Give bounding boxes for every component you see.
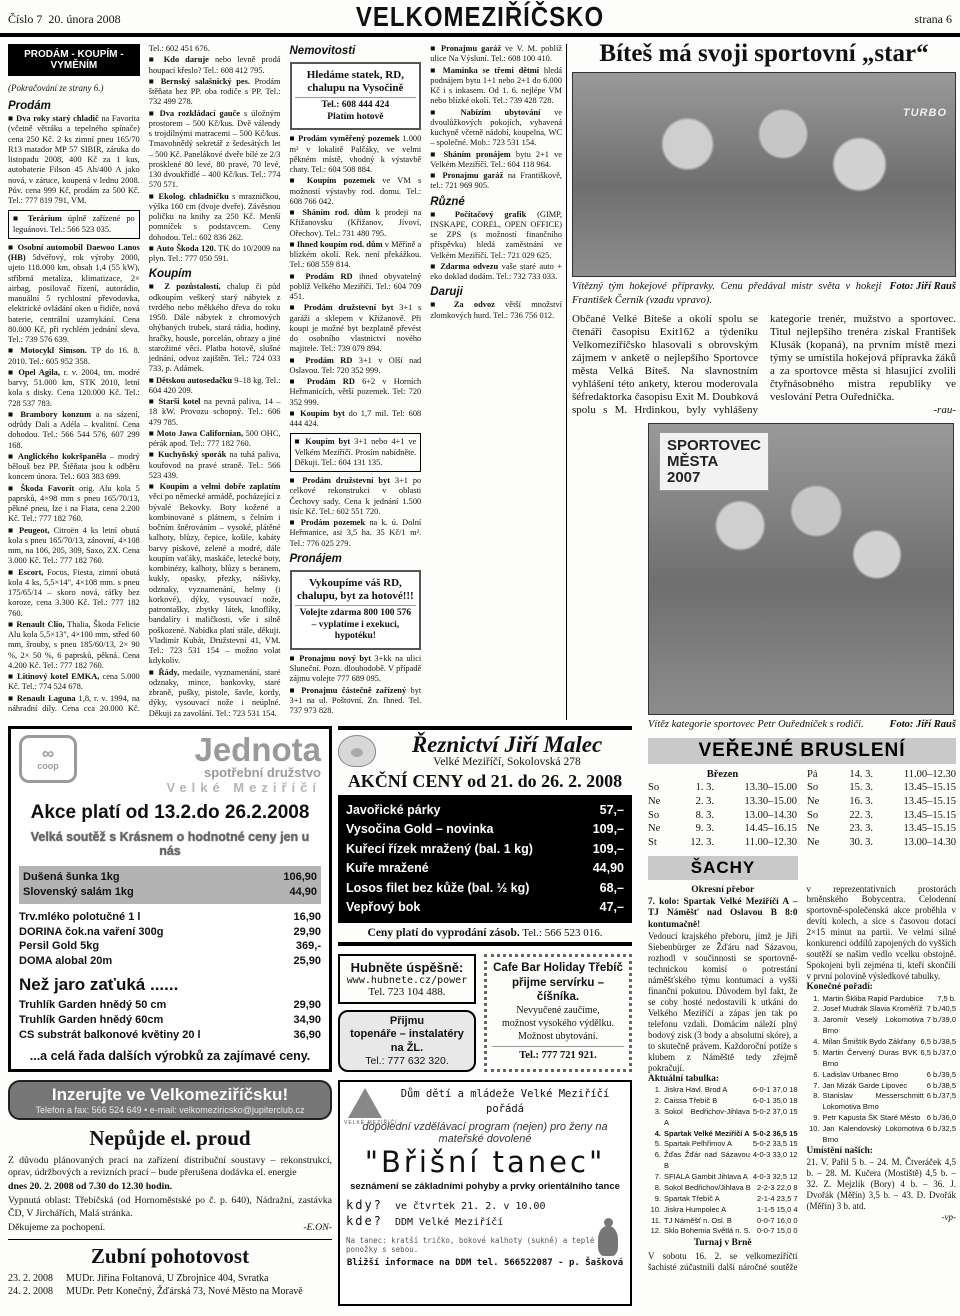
- classified-ad: ■ Prodám družstevní byt 3+1 s garáží a s…: [290, 303, 422, 354]
- chess-score: 7 b./40,5: [927, 1004, 956, 1015]
- chess-table-row: 2.Caissa Třebíč B6-0-1 35,0 18: [648, 1096, 798, 1107]
- ddm-logo-icon: [348, 1088, 382, 1118]
- classified-ad-lead: ■ Ekolog. chladničku: [149, 192, 229, 201]
- classified-ad-lead: Hledáme statek, RD, chalupu na Vysočině: [295, 69, 417, 94]
- butcher-footer-bold: Ceny platí do vyprodání zásob.: [368, 927, 520, 939]
- classified-ad-lead: ■ Sháním rod. dům: [290, 208, 371, 217]
- chess-team: Spartak Třebíč A: [664, 1194, 754, 1205]
- chess-final-rank: 4.: [807, 1037, 820, 1048]
- jednota-item-row: Trv.mléko polotučné 1 l16,90: [19, 910, 321, 925]
- chess-rank: 11.: [648, 1216, 661, 1227]
- chess-rank: 1.: [648, 1085, 661, 1096]
- classified-ad: ■ Terárium úplně zařízené po leguánovi. …: [8, 210, 140, 239]
- classified-ad: ■ Prodám RD 3+1 v Olší nad Oslavou. Tel:…: [290, 356, 422, 377]
- product-price: 29,90: [293, 998, 321, 1013]
- classified-ad-lead: ■ Ihned koupím rod. dům: [290, 240, 383, 249]
- cafe-line4: možnost vysokého výdělku.: [492, 1017, 624, 1030]
- product-price: 44,90: [593, 859, 624, 878]
- dental-date: 23. 2. 2008: [8, 1272, 66, 1285]
- cafe-line3: Nevyučené zaučíme,: [492, 1004, 624, 1017]
- classified-ad: ■ Koupím byt 3+1 nebo 4+1 ve Velkém Mezi…: [290, 433, 422, 472]
- chess-team: SFIALA Gambit Jihlava A: [664, 1172, 750, 1183]
- chess-team: Sokol Bedřichov/Jihlava B: [664, 1183, 754, 1194]
- product-name: DOMA alobal 20m: [19, 954, 293, 969]
- skating-date: 8. 3.: [670, 809, 714, 823]
- jednota-featured-row: Dušená šunka 1kg106,90: [23, 870, 317, 885]
- dental-list: 23. 2. 2008MUDr. Jiřina Foltanová, U Zbr…: [8, 1272, 332, 1298]
- skating-day: So: [648, 809, 670, 823]
- dance-when: kdy? ve čtvrtek 21. 2. v 10.00: [346, 1198, 624, 1212]
- chess-table-row: 10.Jiskra Humpolec A1-1-5 15,0 4: [648, 1205, 798, 1216]
- skating-date: 16. 3.: [829, 795, 873, 809]
- chess-final-rank: 8.: [807, 1091, 820, 1113]
- product-price: 34,90: [293, 1013, 321, 1028]
- classified-ad: ■ Koupím pozemek ve VM s možností výstav…: [290, 176, 422, 207]
- dance-org-line1: Dům dětí a mládeže Velké Meziříčí: [386, 1087, 624, 1102]
- power-outage-when: dnes 20. 2. 2008 od 7.30 do 12.30 hodin.: [8, 1181, 332, 1193]
- chess-score: 6 b./39,5: [927, 1070, 956, 1081]
- jednota-promo: Akce platí od 13.2.do 26.2.2008: [19, 802, 321, 824]
- classified-ad: ■ Opel Agila, r. v. 2004, tm. modré barv…: [8, 368, 140, 409]
- chess-final-row: 2.Josef Mudrák Slavia Kroměříž7 b./40,5: [807, 1004, 957, 1015]
- chess-player: Martin Škliba Rapid Pardubice: [823, 994, 935, 1005]
- classified-ad: ■ Pronajmu částečně zařízený byt 3+1 na …: [290, 686, 422, 717]
- classified-ad: Daruji: [430, 285, 562, 299]
- chess-rank: 7.: [648, 1172, 661, 1183]
- classified-ad-lead: ■ Pronajmu částečně zařízený: [290, 686, 407, 695]
- product-name: Trv.mléko polotučné 1 l: [19, 910, 293, 925]
- classified-ad: Nemovitosti: [290, 44, 422, 58]
- chess-table-row: 12.Sklo Bohemia Světlá n. S.0-0-7 15,0 0: [648, 1226, 798, 1237]
- jednota-brand-block: Jednota spotřební družstvo Velké Meziříč…: [83, 735, 321, 795]
- classified-ad-lead: Vykoupíme váš RD, chalupu, byt za hotové…: [295, 577, 417, 602]
- skating-row: Pá14. 3.11.00–12.30: [807, 768, 956, 782]
- classified-ad-lead: ■ Zdarma odvezu: [430, 262, 498, 271]
- classified-ad-lead: ■ Renault Laguna: [8, 694, 76, 703]
- classified-ad-lead: ■ Řády,: [149, 668, 179, 677]
- classifieds-continuation: (Pokračování ze strany 6.): [8, 83, 140, 93]
- chess-final-rank: 9.: [807, 1113, 820, 1124]
- skating-row: So1. 3.13.30–15.00: [648, 781, 797, 795]
- chess-rank: 6.: [648, 1150, 661, 1172]
- dancer-icon: [598, 1226, 618, 1256]
- classified-ad-lead: ■ Escort,: [8, 568, 44, 577]
- small-ads-left: Hubněte úspěšně: www.hubnete.cz/power Te…: [338, 954, 476, 1072]
- butcher-price-list: Javořické párky57,– Vysočina Gold – novi…: [338, 795, 632, 923]
- product-name: Persil Gold 5kg: [19, 939, 296, 954]
- product-price: 68,–: [600, 879, 624, 898]
- small-ads-row: Hubněte úspěšně: www.hubnete.cz/power Te…: [338, 954, 632, 1072]
- classified-ad-lead: ■ Škoda Favorit: [8, 484, 74, 493]
- power-outage-thanks: -E.ON-Děkujeme za pochopení.: [8, 1222, 332, 1234]
- skating-day: Pá: [807, 768, 829, 782]
- chess-table: 1.Jiskra Havl. Brod A6-0-1 37,0 18 2.Cai…: [648, 1085, 798, 1237]
- chess-record: 2-2-3 22,0 8: [757, 1183, 797, 1194]
- classified-ad: Různé: [430, 195, 562, 209]
- classified-ad: ■ Prodám pozemek na k. ú. Dolní Heřmanic…: [290, 518, 422, 549]
- chess-record: 5-0-2 37,0 15: [753, 1107, 798, 1129]
- chess-rank: 4.: [648, 1129, 661, 1140]
- classified-ad-lead: ■ Terárium: [13, 214, 62, 223]
- dance-subtitle: seznámení se základními pohyby a prvky o…: [346, 1181, 624, 1192]
- chess-player: Martin Červený Duras BVK Brno: [823, 1048, 918, 1070]
- classified-ad-lead: ■ Opel Agila,: [8, 368, 60, 377]
- skating-row: Ne16. 3.13.45–15.15: [807, 795, 956, 809]
- classified-ad: ■ Kuchyňský sporák na tuhá paliva, kouřo…: [149, 450, 281, 481]
- butcher-footer: Ceny platí do vyprodání zásob. Tel.: 566…: [338, 927, 632, 939]
- classified-ad-lead: ■ Kdo daruje: [149, 55, 209, 64]
- chess-team: Jiskra Havl. Brod A: [664, 1085, 750, 1096]
- article-text: Občané Velké Bíteše a okolí spolu se čte…: [572, 313, 956, 416]
- skating-time: 13.45–15.15: [873, 795, 956, 809]
- classified-ad-lead: ■ Prodám RD: [290, 356, 353, 365]
- classified-ad-lead: Prodám: [8, 99, 140, 113]
- product-name: DORINA čok.na vaření 300g: [19, 925, 293, 940]
- chess-record: 6-0-1 37,0 18: [753, 1085, 798, 1096]
- chess-final-row: 10.Jan Kalendovský Lokomotiva Brno6 b./3…: [807, 1124, 957, 1146]
- product-price: 106,90: [283, 870, 317, 885]
- jednota-spring-title: Než jaro zaťuká ......: [19, 975, 321, 995]
- chess-title: ŠACHY: [648, 856, 798, 880]
- product-name: Dušená šunka 1kg: [23, 870, 283, 885]
- chess-team: Žďas Žďár nad Sázavou B: [664, 1150, 750, 1172]
- article-body: Občané Velké Bíteše a okolí spolu se čte…: [572, 313, 956, 417]
- chess-player: Jan Mizák Garde Lipovec: [823, 1081, 924, 1092]
- jednota-item-row: CS substrát balkonové květiny 20 l36,90: [19, 1028, 321, 1043]
- skating-date: 2. 3.: [670, 795, 714, 809]
- chess-table-row: 6.Žďas Žďár nad Sázavou B4-0-3 33,0 12: [648, 1150, 798, 1172]
- classified-ad-lead: ■ Starší kotel: [149, 397, 201, 406]
- classified-ad: ■ Pronajmu nový byt 3+kk na ulici Sluneč…: [290, 654, 422, 685]
- classified-ad: ■ Počítačový grafik (GIMP, INSKAPE, CORE…: [430, 210, 562, 261]
- classified-ad-lead: ■ Koupím pozemek: [290, 176, 376, 185]
- coop-symbol: ∞: [42, 747, 54, 761]
- photo-caption-text: Vítězný tým hokejové přípravky. Cenu pře…: [572, 281, 881, 306]
- classified-ad-lead: ■ Koupím byt: [295, 437, 351, 446]
- chess-team: Caissa Třebíč B: [664, 1096, 750, 1107]
- chess-final-row: 6.Ladislav Urbanec Brno6 b./39,5: [807, 1070, 957, 1081]
- jednota-item-row: Truhlík Garden hnědý 50 cm29,90: [19, 998, 321, 1013]
- product-price: 109,–: [593, 840, 624, 859]
- chess-final-title: Konečné pořadí:: [807, 982, 957, 993]
- newspaper-page: Číslo 7 20. února 2008 VELKOMEZIŘÍČSKO s…: [0, 0, 960, 1316]
- classified-ad-lead: ■ Pronajmu garáž: [430, 171, 503, 180]
- classified-ad-lead: ■ Kuchyňský sporák: [149, 450, 227, 459]
- chess-player: Stanislav Messerschmitt Lokomotiva Brno: [823, 1091, 924, 1113]
- chess-final-rank: 3.: [807, 1015, 820, 1037]
- product-name: Kuřecí řízek mražený (bal. 1 kg): [346, 840, 593, 859]
- classified-ad: ■ Dva roky starý chladič na Favorita (vč…: [8, 114, 140, 206]
- classified-ad-lead: ■ Maminka se třemi dětmi: [430, 66, 539, 75]
- product-name: Vepřový bok: [346, 898, 600, 917]
- chess-record: 1-1-5 15,0 4: [757, 1205, 797, 1216]
- classified-ad-lead: ■ Renault Clio,: [8, 620, 65, 629]
- photo-caption: Foto: Jiří Rauš Vítězný tým hokejové pří…: [572, 280, 956, 307]
- skating-date: 15. 3.: [829, 781, 873, 795]
- chess-final-rank: 2.: [807, 1004, 820, 1015]
- skating-day: Ne: [807, 836, 829, 850]
- chess-final-row: 9.Petr Kapusta ŠK Staré Město6 b./36,0: [807, 1113, 957, 1124]
- chess-record: 2-1-4 23,5 7: [757, 1194, 797, 1205]
- skating-day: So: [807, 809, 829, 823]
- photo-credit: Foto: Jiří Rauš: [889, 280, 956, 294]
- classified-ad-lead: ■ Prodám RD: [290, 377, 355, 386]
- dental-doctor: MUDr. Petr Konečný, Žďárská 73, Nové Měs…: [66, 1285, 332, 1298]
- classified-ad: Vykoupíme váš RD, chalupu, byt za hotové…: [290, 570, 422, 650]
- cafe-line2: přijme servírku – číšníka.: [492, 976, 624, 1005]
- jednota-footer: ...a celá řada dalších výrobků za zajíma…: [19, 1049, 321, 1063]
- chess-record: 6-0-1 35,0 18: [753, 1096, 798, 1107]
- classified-ad: ■ Koupím byt do 1,7 mil. Tel: 608 444 42…: [290, 409, 422, 430]
- butcher-price-row: Vysočina Gold – novinka109,–: [346, 820, 624, 839]
- skating-month: Březen: [648, 768, 797, 782]
- product-price: 16,90: [293, 910, 321, 925]
- chess-record: 0-0-7 15,0 0: [757, 1226, 797, 1237]
- classified-ad: ■ Escort, Focus, Fiesta, zimní obutá kol…: [8, 568, 140, 619]
- chess-rank: 8.: [648, 1183, 661, 1194]
- classified-ad-text: 5dvéřový, rok výroby 2000, ujeto 118.000…: [8, 253, 140, 344]
- chess-rank: 2.: [648, 1096, 661, 1107]
- chess-article: Okresní přebor 7. kolo: Spartak Velké Me…: [648, 884, 956, 1282]
- classified-ad: ■ Nabízím ubytování ve dvoulůžkových pok…: [430, 108, 562, 149]
- classified-ad: ■ Za odvoz větší množství zlomkových hur…: [430, 300, 562, 321]
- advertise-banner: Inzerujte ve Velkomeziříčsku! Telefon a …: [8, 1080, 332, 1120]
- chess-score: 6 b./38,5: [927, 1081, 956, 1092]
- skating-title: VEŘEJNÉ BRUSLENÍ: [648, 738, 956, 764]
- chess-table-row: 9.Spartak Třebíč A2-1-4 23,5 7: [648, 1194, 798, 1205]
- chess-final-rank: 5.: [807, 1048, 820, 1070]
- skating-time: 13.45–15.15: [873, 822, 956, 836]
- classified-ad-lead: Nemovitosti: [290, 44, 422, 58]
- chess-score: 6,5 b./37,0: [921, 1048, 956, 1070]
- advertise-title: Inzerujte ve Velkomeziříčsku!: [12, 1085, 328, 1105]
- skating-day: Ne: [648, 795, 670, 809]
- chess-team: Spartak Pelhřimov A: [664, 1139, 750, 1150]
- butcher-price-row: Kuřecí řízek mražený (bal. 1 kg)109,–: [346, 840, 624, 859]
- chess-final-rank: 1.: [807, 994, 820, 1005]
- chess-report: Vedoucí krajského přeboru, jímž je Jiří …: [648, 931, 798, 1073]
- chess-score: 6 b./37,5: [927, 1091, 956, 1113]
- slimming-title: Hubněte úspěšně:: [344, 960, 470, 975]
- product-price: 47,–: [600, 898, 624, 917]
- skating-row: St12. 3.11.00–12.30: [648, 836, 797, 850]
- chess-record: 5-0-2 33,5 15: [753, 1139, 798, 1150]
- classified-ad-lead: ■ Anglického kokršpaněla: [8, 452, 106, 461]
- classified-ad: ■ Pronajmu garáž ve V. M. poblíž ulice N…: [430, 44, 562, 65]
- chess-team: Spartak Velké Meziříčí A: [664, 1129, 750, 1140]
- skating-day: Ne: [648, 822, 670, 836]
- article-signature: -rau-: [770, 404, 956, 417]
- chess-rank: 12.: [648, 1226, 661, 1237]
- chess-table-row: 5.Spartak Pelhřimov A5-0-2 33,5 15: [648, 1139, 798, 1150]
- product-price: 29,90: [293, 925, 321, 940]
- skating-row: Ne23. 3.13.45–15.15: [807, 822, 956, 836]
- classified-ad: ■ Prodám družstevní byt 3+1 po celkové r…: [290, 476, 422, 517]
- classified-ad: ■ Bernský salašnický pes. Prodám štěňata…: [149, 77, 281, 108]
- chess-our-text: 21. V. Pařil 5 b. – 24. M. Čtveráček 4,5…: [807, 1157, 957, 1211]
- skating-time: 13.30–15.00: [714, 781, 797, 795]
- chess-player: Milan Šmištík Bydo Zákřany: [823, 1037, 918, 1048]
- product-price: 57,–: [600, 801, 624, 820]
- dental-doctor: MUDr. Jiřina Foltanová, U Zbrojnice 404,…: [66, 1272, 332, 1285]
- classified-ad: ■ Pronajmu garáž na Františkově, tel.: 7…: [430, 171, 562, 192]
- product-name: Kuře mražené: [346, 859, 593, 878]
- product-price: 44,90: [289, 885, 317, 900]
- butcher-address: Velké Meziříčí, Sokolovská 278: [382, 756, 632, 768]
- classified-ad-text: na Favorita (včetně větráku a tepelného …: [8, 114, 140, 205]
- classified-ad: ■ Prodám RD ihned obyvatelný poblíž Velk…: [290, 272, 422, 303]
- classified-ad-text: s úložným prostorem – 500 Kč/kus. Dvě vá…: [149, 109, 281, 190]
- skating-time: 13.00–14.30: [873, 836, 956, 850]
- chess-record: 0-0-7 16,0 0: [757, 1216, 797, 1227]
- classified-ad-lead: ■ Litinový kotel EMKA,: [8, 672, 99, 681]
- skating-schedule: Březen So1. 3.13.30–15.00 Ne2. 3.13.30–1…: [648, 768, 956, 850]
- classified-ad: ■ Z pozůstalostí, chalup či půd odkoupím…: [149, 282, 281, 374]
- jednota-item-row: Persil Gold 5kg369,-: [19, 939, 321, 954]
- classified-ad-lead: ■ Nabízím ubytování: [430, 108, 540, 117]
- classified-ad: ■ Kdo daruje nebo levně prodá houpací kř…: [149, 55, 281, 76]
- classified-ad-lead: ■ Pronajmu nový byt: [290, 654, 372, 663]
- classified-ad-lead: Koupím: [149, 267, 281, 281]
- dental-emergency: Zubní pohotovost 23. 2. 2008MUDr. Jiřina…: [8, 1239, 332, 1298]
- jednota-item-row: DOMA alobal 20m25,90: [19, 954, 321, 969]
- chess-final-rank: 7.: [807, 1081, 820, 1092]
- classified-ad-text: Tel.: 608 444 424 Platím hotově: [295, 97, 417, 123]
- dance-ad: VELKÉ MEZIŘÍČÍ Dům dětí a mládeže Velké …: [338, 1080, 632, 1306]
- masthead: VELKOMEZIŘÍČSKO: [8, 2, 952, 34]
- power-outage-notice: Nepůjde el. proud Z důvodu plánovaných p…: [8, 1126, 332, 1234]
- advertise-contact: Telefon a fax: 566 524 649 • e-mail: vel…: [12, 1105, 328, 1115]
- plumber-tel: Tel.: 777 632 320.: [343, 1055, 471, 1067]
- classified-ad: Pronájem: [290, 552, 422, 566]
- classified-ad-lead: Různé: [430, 195, 562, 209]
- product-name: Javořické párky: [346, 801, 600, 820]
- classified-ad-lead: ■ Prodám pozemek: [290, 518, 366, 527]
- classified-ad-text: věci po německé armádě, pocházející z bý…: [149, 492, 281, 665]
- header-rule: [0, 33, 960, 37]
- skating-left-column: Březen So1. 3.13.30–15.00 Ne2. 3.13.30–1…: [648, 768, 797, 850]
- chess-rank: 5.: [648, 1139, 661, 1150]
- power-outage-body: Z důvodu plánovaných prací na zařízení d…: [8, 1155, 332, 1179]
- dance-when-value: ve čtvrtek 21. 2. v 10.00: [395, 1201, 546, 1212]
- chess-final-standings: 1.Martin Škliba Rapid Pardubice7,5 b. 2.…: [807, 994, 957, 1146]
- chess-score: 7 b./39,0: [927, 1015, 956, 1037]
- chess-our-title: Umístění našich:: [807, 1146, 957, 1157]
- jednota-item-row: Truhlík Garden hnědý 60cm34,90: [19, 1013, 321, 1028]
- cafe-ad: Cafe Bar Holiday Třebíč přijme servírku …: [484, 954, 632, 1072]
- skating-day: Ne: [807, 795, 829, 809]
- product-name: Slovenský salám 1kg: [23, 885, 289, 900]
- classified-ad-lead: ■ Prodám RD: [290, 272, 353, 281]
- classified-ad-lead: Daruji: [430, 285, 562, 299]
- chess-table-row: 1.Jiskra Havl. Brod A6-0-1 37,0 18: [648, 1085, 798, 1096]
- butcher-title-block: Řeznictví Jiří Malec Velké Meziříčí, Sok…: [382, 734, 632, 768]
- dental-entry: 23. 2. 2008MUDr. Jiřina Foltanová, U Zbr…: [8, 1272, 332, 1285]
- dance-info: Bližší informace na DDM tel. 566522087 -…: [346, 1258, 624, 1268]
- chess-score: 7,5 b.: [937, 994, 956, 1005]
- classified-ad: ■ Prodám vyměřený pozemek 1.000 m² v lok…: [290, 134, 422, 175]
- slimming-ad: Hubněte úspěšně: www.hubnete.cz/power Te…: [338, 954, 476, 1004]
- chess-final-row: 4.Milan Šmištík Bydo Zákřany6,5 b./38,5: [807, 1037, 957, 1048]
- chess-team: Sklo Bohemia Světlá n. S.: [664, 1226, 754, 1237]
- slimming-url: www.hubnete.cz/power: [344, 975, 470, 986]
- classified-ad-lead: ■ Brambory konzum: [8, 410, 91, 419]
- chess-score: 6,5 b./38,5: [921, 1037, 956, 1048]
- chess-team: TJ Náměšť n. Osl. B: [664, 1216, 754, 1227]
- butcher-price-row: Kuře mražené44,90: [346, 859, 624, 878]
- classified-ad: Hledáme statek, RD, chalupu na VysočiněT…: [290, 62, 422, 130]
- chess-rank: 3.: [648, 1107, 661, 1129]
- dance-when-label: kdy?: [346, 1198, 383, 1212]
- classified-ad: ■ Osobní automobil Daewoo Lanos (HB) 5dv…: [8, 243, 140, 346]
- chess-final-row: 8.Stanislav Messerschmitt Lokomotiva Brn…: [807, 1091, 957, 1113]
- dance-where-value: DDM Velké Meziříčí: [395, 1217, 503, 1228]
- chess-rank: 9.: [648, 1194, 661, 1205]
- coop-label: coop: [37, 761, 59, 771]
- chess-table-row: 4.Spartak Velké Meziříčí A5-0-2 36,5 15: [648, 1129, 798, 1140]
- skating-row: So15. 3.13.45–15.15: [807, 781, 956, 795]
- pig-icon: [338, 735, 376, 767]
- chess-table-row: 8.Sokol Bedřichov/Jihlava B2-2-3 22,0 8: [648, 1183, 798, 1194]
- chess-final-row: 5.Martin Červený Duras BVK Brno6,5 b./37…: [807, 1048, 957, 1070]
- butcher-price-row: Javořické párky57,–: [346, 801, 624, 820]
- classified-ad: ■ Auto Škoda 120. TK do 10/2009 na plyn.…: [149, 244, 281, 265]
- classified-ad-lead: ■ Za odvoz: [430, 300, 495, 309]
- skating-row: Ne30. 3.13.00–14.30: [807, 836, 956, 850]
- chess-team: Jiskra Humpolec A: [664, 1205, 754, 1216]
- dental-entry: 24. 2. 2008MUDr. Petr Konečný, Žďárská 7…: [8, 1285, 332, 1298]
- classified-ad-lead: ■ Pronajmu garáž: [430, 44, 501, 53]
- skating-time: 13.30–15.00: [714, 795, 797, 809]
- skating-time: 13.00–14.30: [714, 809, 797, 823]
- skating-date: 1. 3.: [670, 781, 714, 795]
- classified-ad-lead: ■ Prodám vyměřený pozemek: [290, 134, 400, 143]
- product-name: Truhlík Garden hnědý 50 cm: [19, 998, 293, 1013]
- dental-date: 24. 2. 2008: [8, 1285, 66, 1298]
- dance-note: Na tanec: kratší tričko, bokové kalhoty …: [346, 1236, 624, 1254]
- skating-time: 13.45–15.15: [873, 809, 956, 823]
- page-header: Číslo 7 20. února 2008 VELKOMEZIŘÍČSKO s…: [8, 4, 952, 30]
- classified-ad-lead: ■ Bernský salašnický pes.: [149, 77, 250, 86]
- classified-ad-lead: ■ Počítačový grafik: [430, 210, 526, 219]
- product-name: Losos filet bez kůže (bal. ½ kg): [346, 879, 600, 898]
- classified-ad: ■ Dětskou autosedačku 9–18 kg. Tel.: 604…: [149, 376, 281, 397]
- jednota-logo: ∞ coop Jednota spotřební družstvo Velké …: [19, 735, 321, 795]
- skating-date: 22. 3.: [829, 809, 873, 823]
- butcher-price-row: Losos filet bez kůže (bal. ½ kg)68,–: [346, 879, 624, 898]
- chess-final-row: 3.Jaromír Veselý Lokomotiva Brno7 b./39,…: [807, 1015, 957, 1037]
- dance-where-label: kde?: [346, 1214, 383, 1228]
- classified-ad-lead: Pronájem: [290, 552, 422, 566]
- skating-row: Ne9. 3.14.45–16.15: [648, 822, 797, 836]
- chess-table-title: Aktuální tabulka:: [648, 1074, 798, 1085]
- skating-day: St: [648, 836, 670, 850]
- jednota-brand-city: Velké Meziříčí: [83, 780, 321, 795]
- classified-ad-lead: ■ Dětskou autosedačku: [149, 376, 232, 385]
- classified-ad: ■ Motocykl Simson. TP do 16. 8. 2010. Te…: [8, 346, 140, 367]
- jednota-ad: ∞ coop Jednota spotřební družstvo Velké …: [8, 726, 332, 1072]
- classified-ad: ■ Prodám RD 6+2 v Horních Heřmanicích, v…: [290, 377, 422, 408]
- classified-ad-lead: ■ Koupím byt: [290, 409, 345, 418]
- skating-time: 14.45–16.15: [714, 822, 797, 836]
- poster-text: SPORTOVEC MĚSTA 2007: [659, 432, 769, 491]
- power-outage-title: Nepůjde el. proud: [8, 1126, 332, 1151]
- skating-day: So: [648, 781, 670, 795]
- photo-caption-2: Foto: Jiří Rauš Vítěz kategorie sportove…: [648, 718, 956, 732]
- classified-ad: ■ Litinový kotel EMKA, cena 5.000 Kč. Te…: [8, 672, 140, 693]
- classifieds-section: PRODÁM - KOUPÍM - VYMĚNÍM (Pokračování z…: [8, 44, 562, 720]
- jednota-featured-row: Slovenský salám 1kg44,90: [23, 885, 317, 900]
